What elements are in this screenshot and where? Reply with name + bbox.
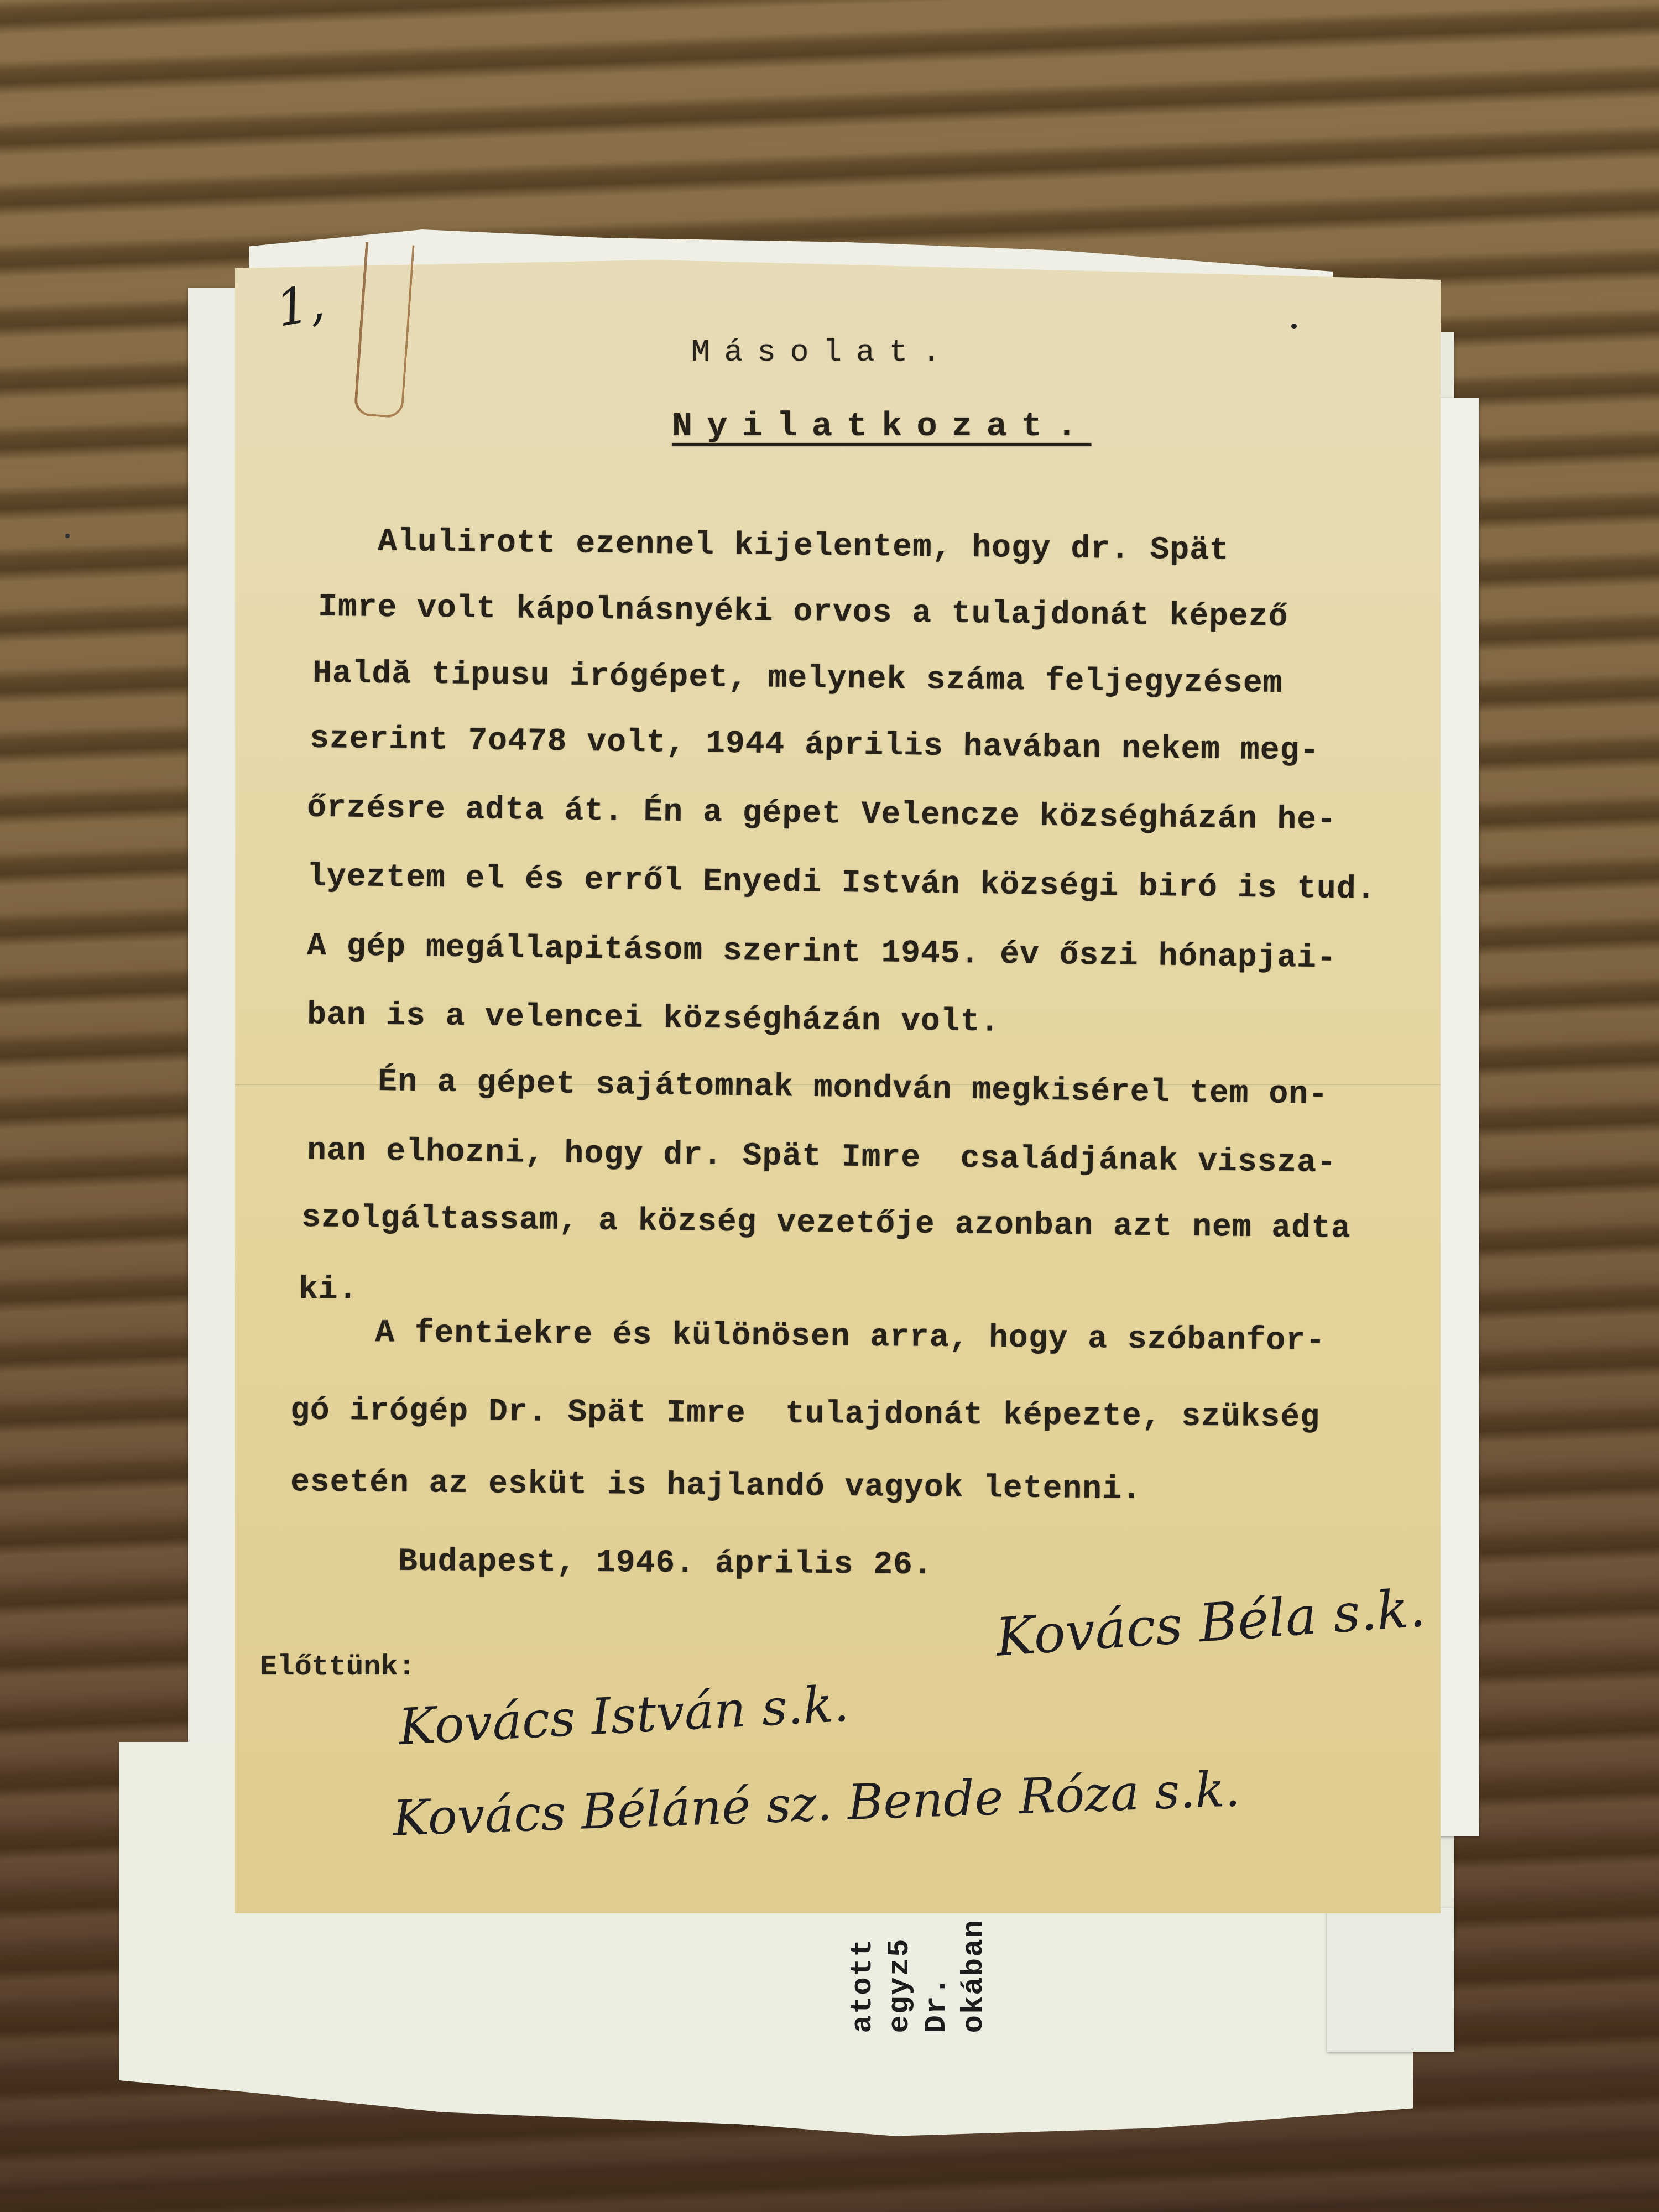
underlying-sheet-text: okában Dr. egyz5 atott — [846, 1919, 991, 2033]
handwritten-page-number: 1, — [272, 273, 329, 338]
text-fragment: atott — [846, 1919, 880, 2033]
text-line: esetén az esküt is hajlandó vagyok leten… — [290, 1464, 1142, 1507]
ink-speck — [1291, 324, 1297, 329]
witness-label: Előttünk: — [260, 1651, 415, 1683]
wood-speck — [65, 534, 70, 538]
copy-label: Másolat. — [691, 335, 955, 370]
document-title: Nyilatkozat. — [672, 406, 1091, 446]
bottom-sheet-corner — [1327, 1908, 1454, 2052]
text-fragment: egyz5 — [883, 1919, 917, 2033]
text-line: ban is a velencei községházán volt. — [307, 997, 1000, 1040]
place-and-date: Budapest, 1946. április 26. — [398, 1544, 933, 1584]
text-fragment: Dr. — [920, 1919, 954, 2033]
text-line: ki. — [299, 1272, 358, 1308]
text-fragment: okában — [957, 1919, 991, 2033]
text-line: gó irógép Dr. Spät Imre tulajdonát képez… — [290, 1393, 1320, 1436]
